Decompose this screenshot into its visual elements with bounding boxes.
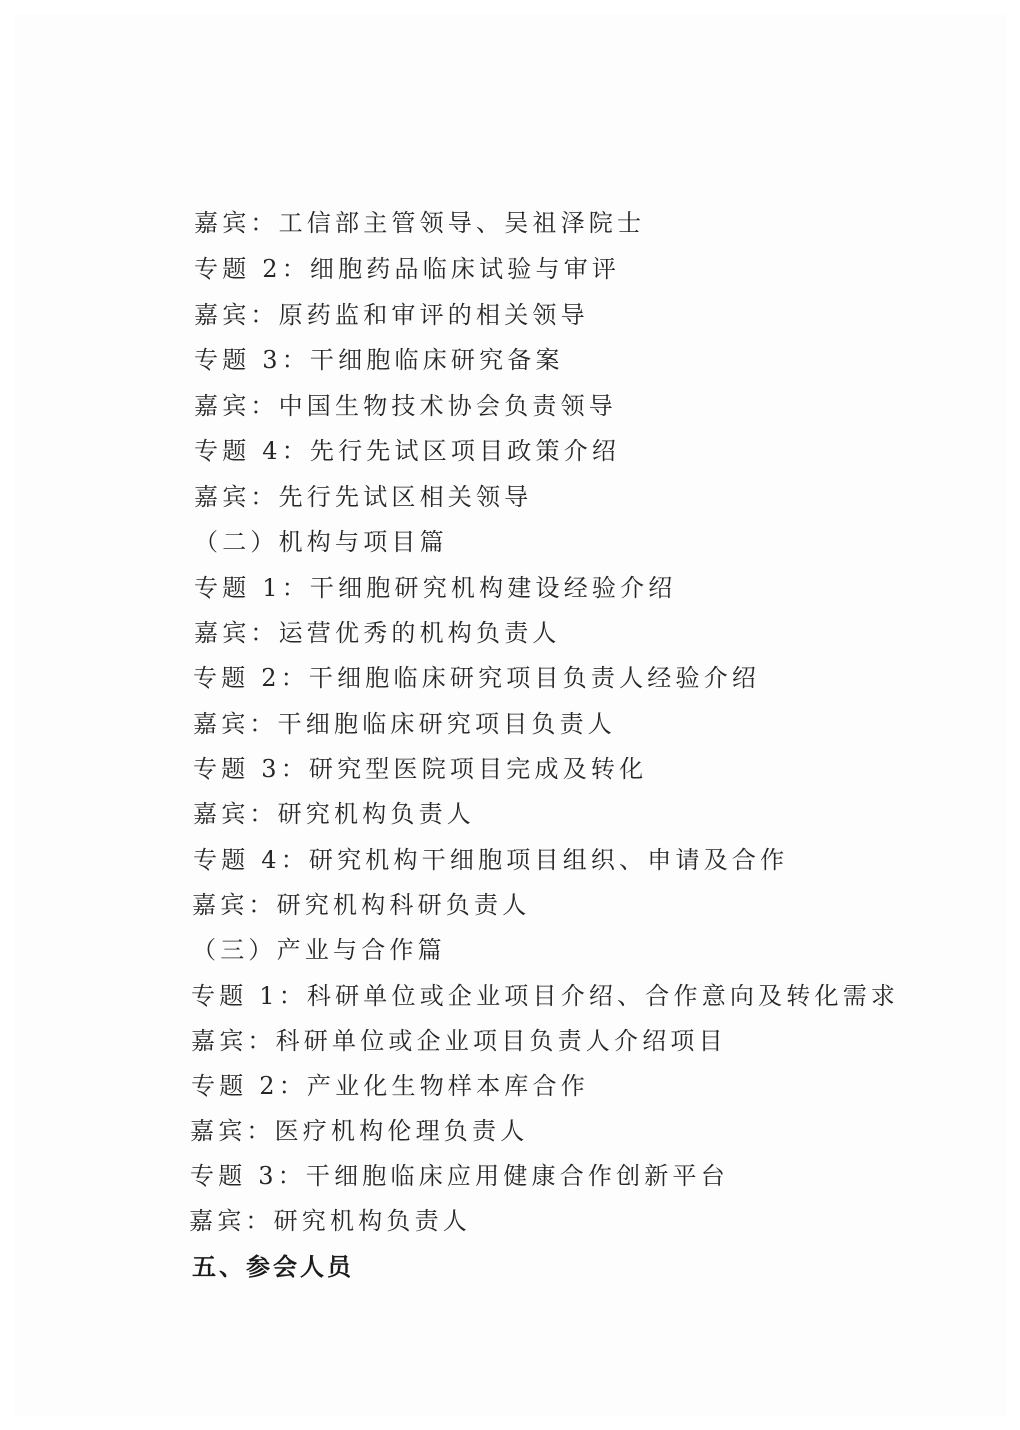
topic-line: 专题 3：研究型医院项目完成及转化	[193, 754, 647, 784]
topic-line: 专题 2：细胞药品临床试验与审评	[194, 254, 620, 284]
topic-line: 专题 4：先行先试区项目政策介绍	[194, 436, 620, 466]
topic-line: 专题 2：产业化生物样本库合作	[191, 1071, 589, 1101]
guest-line: 嘉宾：中国生物技术协会负责领导	[194, 391, 617, 421]
topic-line: 专题 1：科研单位或企业项目介绍、合作意向及转化需求	[191, 981, 899, 1011]
topic-line: 专题 3：干细胞临床研究备案	[194, 345, 564, 375]
section-title: （三）产业与合作篇	[192, 935, 446, 965]
guest-line: 嘉宾：干细胞临床研究项目负责人	[193, 709, 616, 739]
guest-line: 嘉宾：科研单位或企业项目负责人介绍项目	[191, 1026, 727, 1056]
guest-line: 嘉宾：研究机构负责人	[193, 799, 475, 829]
guest-line: 嘉宾：研究机构科研负责人	[192, 890, 530, 920]
guest-line: 嘉宾：原药监和审评的相关领导	[194, 300, 589, 330]
guest-line: 嘉宾：工信部主管领导、吴祖泽院士	[194, 208, 645, 238]
guest-line: 嘉宾：研究机构负责人	[189, 1206, 471, 1236]
section-title: （二）机构与项目篇	[194, 527, 448, 557]
guest-line: 嘉宾：医疗机构伦理负责人	[190, 1116, 528, 1146]
section-heading: 五、参会人员	[192, 1252, 354, 1282]
topic-line: 专题 2：干细胞临床研究项目负责人经验介绍	[193, 663, 760, 693]
topic-line: 专题 3：干细胞临床应用健康合作创新平台	[190, 1161, 729, 1191]
topic-line: 专题 1：干细胞研究机构建设经验介绍	[194, 573, 677, 603]
topic-line: 专题 4：研究机构干细胞项目组织、申请及合作	[193, 845, 788, 875]
document-page: 嘉宾：工信部主管领导、吴祖泽院士 专题 2：细胞药品临床试验与审评 嘉宾：原药监…	[14, 14, 1006, 1416]
guest-line: 嘉宾：运营优秀的机构负责人	[194, 618, 561, 648]
guest-line: 嘉宾：先行先试区相关领导	[194, 482, 532, 512]
